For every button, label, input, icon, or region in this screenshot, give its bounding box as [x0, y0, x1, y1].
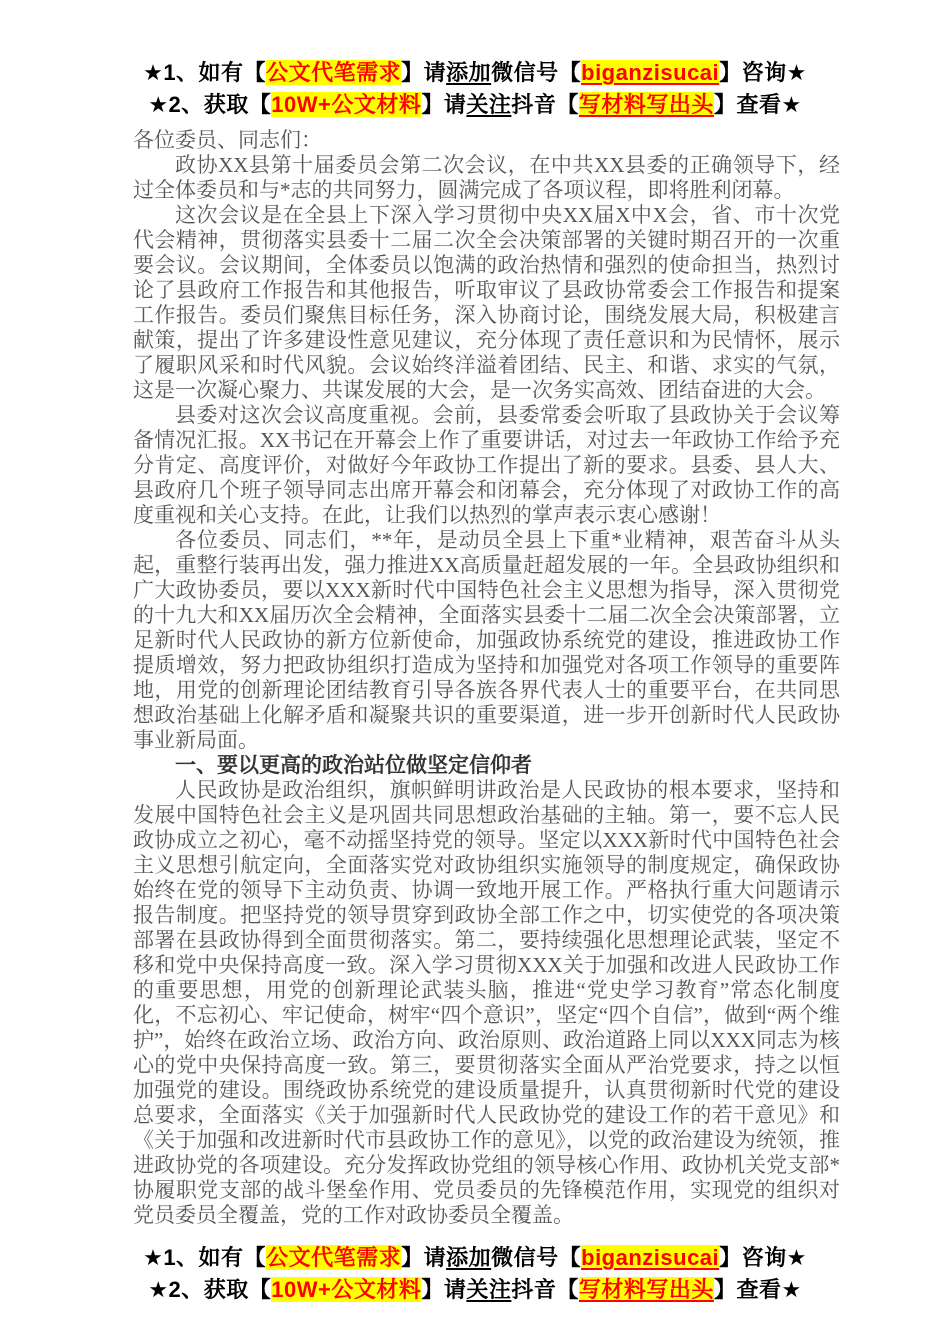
promo-text: 】请	[401, 60, 446, 85]
service-need-highlight: 公文代笔需求	[266, 60, 401, 85]
promo-text: 】查看★	[714, 92, 802, 117]
promo-text: 微信号【	[491, 60, 581, 85]
promo-text: 抖音【	[511, 1277, 579, 1302]
promo-header-line-2: ★2、获取【10W+公文材料】请关注抖音【写材料写出头】查看★	[0, 89, 950, 121]
section-heading-1: 一、要以更高的政治站位做坚定信仰者	[133, 753, 840, 778]
paragraph-3: 县委对这次会议高度重视。会前，县委常委会听取了县政协关于会议筹备情况汇报。XX书…	[133, 403, 840, 528]
promo-text: 】查看★	[714, 1277, 802, 1302]
add-action-underlined: 添加	[446, 60, 491, 85]
follow-action-underlined: 关注	[466, 1277, 511, 1302]
promo-text: 】请	[401, 1245, 446, 1270]
promo-text: 抖音【	[511, 92, 579, 117]
promo-text: 】请	[421, 1277, 466, 1302]
promo-footer-line-1: ★1、如有【公文代笔需求】请添加微信号【biganzisucai】咨询★	[0, 1242, 950, 1274]
document-page: ★1、如有【公文代笔需求】请添加微信号【biganzisucai】咨询★ ★2、…	[0, 0, 950, 1344]
promo-header-line-1: ★1、如有【公文代笔需求】请添加微信号【biganzisucai】咨询★	[0, 57, 950, 89]
material-pack-highlight: 10W+公文材料	[271, 92, 421, 117]
promo-footer: ★1、如有【公文代笔需求】请添加微信号【biganzisucai】咨询★ ★2、…	[0, 1242, 950, 1306]
promo-text: ★1、如有【	[143, 60, 266, 85]
promo-text: ★2、获取【	[148, 92, 271, 117]
promo-text: 】咨询★	[719, 1245, 807, 1270]
douyin-id-highlight: 写材料写出头	[579, 1277, 714, 1302]
promo-text: ★2、获取【	[148, 1277, 271, 1302]
paragraph-4: 各位委员、同志们，**年，是动员全县上下重*业精神，艰苦奋斗从头起，重整行装再出…	[133, 528, 840, 753]
material-pack-highlight: 10W+公文材料	[271, 1277, 421, 1302]
promo-text: 】咨询★	[719, 60, 807, 85]
promo-footer-line-2: ★2、获取【10W+公文材料】请关注抖音【写材料写出头】查看★	[0, 1274, 950, 1306]
paragraph-2: 这次会议是在全县上下深入学习贯彻中央XX届X中X会，省、市十次党代会精神，贯彻落…	[133, 203, 840, 403]
paragraph-1: 政协XX县第十届委员会第二次会议，在中共XX县委的正确领导下，经过全体委员和与*…	[133, 153, 840, 203]
add-action-underlined: 添加	[446, 1245, 491, 1270]
wechat-id-highlight: biganzisucai	[581, 1245, 719, 1270]
wechat-id-highlight: biganzisucai	[581, 60, 719, 85]
follow-action-underlined: 关注	[466, 92, 511, 117]
promo-header: ★1、如有【公文代笔需求】请添加微信号【biganzisucai】咨询★ ★2、…	[0, 57, 950, 121]
salutation: 各位委员、同志们：	[133, 128, 840, 153]
document-body: 各位委员、同志们： 政协XX县第十届委员会第二次会议，在中共XX县委的正确领导下…	[133, 128, 840, 1228]
service-need-highlight: 公文代笔需求	[266, 1245, 401, 1270]
paragraph-5: 人民政协是政治组织，旗帜鲜明讲政治是人民政协的根本要求，坚持和发展中国特色社会主…	[133, 778, 840, 1228]
promo-text: 】请	[421, 92, 466, 117]
douyin-id-highlight: 写材料写出头	[579, 92, 714, 117]
promo-text: ★1、如有【	[143, 1245, 266, 1270]
promo-text: 微信号【	[491, 1245, 581, 1270]
